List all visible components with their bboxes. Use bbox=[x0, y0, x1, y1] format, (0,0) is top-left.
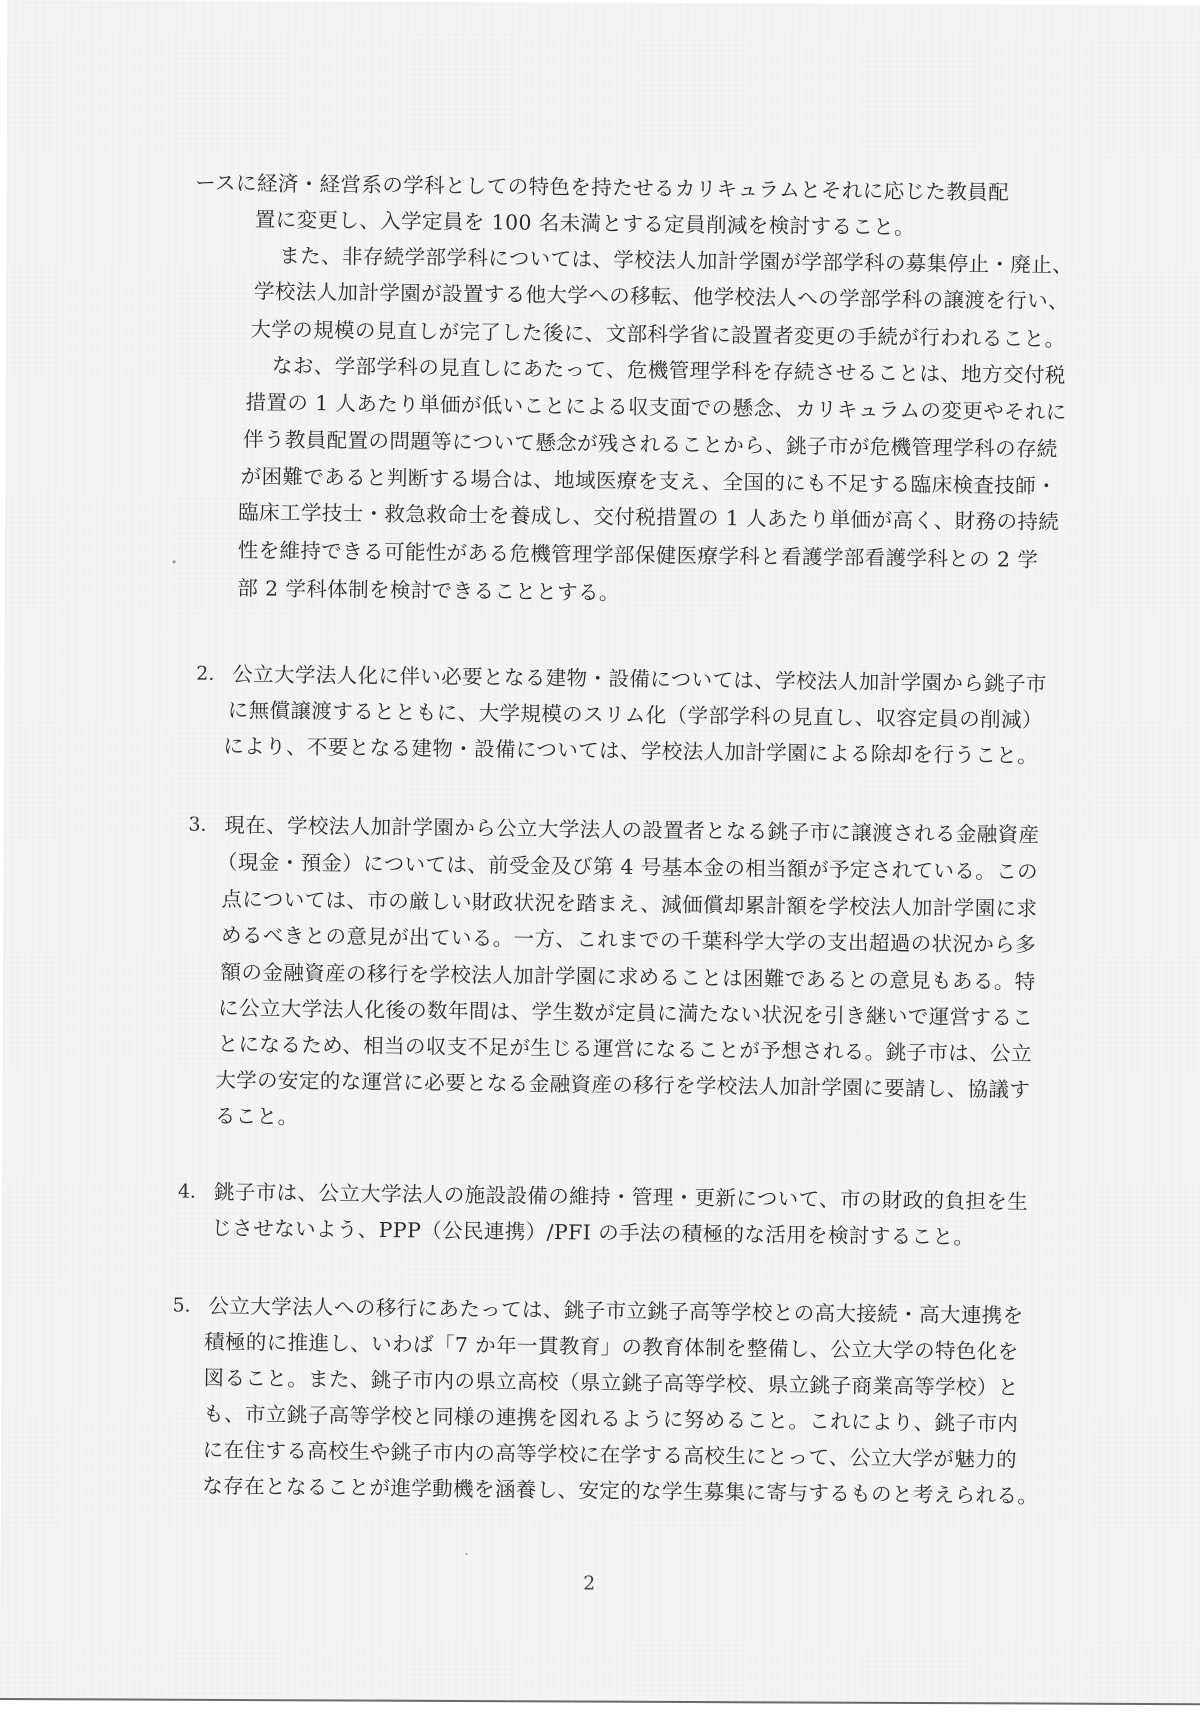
text-line: 伴う教員配置の問題等について懸念が残されることから、銚子市が危機管理学科の存続 bbox=[243, 425, 1058, 463]
text-line: ースに経済・経営系の学科としての特色を持たせるカリキュラムとそれに応じた教員配 bbox=[195, 169, 1009, 207]
scan-speck bbox=[173, 560, 176, 563]
item-number: 3. bbox=[188, 811, 206, 839]
text-line: に在住する高校生や銚子市内の高等学校に在学する高校生にとって、公立大学が魅力的 bbox=[203, 1436, 1018, 1474]
text-line: ること。 bbox=[215, 1102, 299, 1131]
text-line: 積極的に推進し、いわば「7 か年一貫教育」の教育体制を整備し、公立大学の特色化を bbox=[204, 1328, 1019, 1366]
item-number: 2. bbox=[196, 660, 214, 688]
text-line: な存在となることが進学動機を涵養し、安定的な学生募集に寄与するものと考えられる。 bbox=[202, 1472, 1038, 1510]
text-line: とになるため、相当の収支不足が生じる運営になることが予想される。銚子市は、公立 bbox=[218, 1030, 1033, 1068]
scanned-page: ースに経済・経営系の学科としての特色を持たせるカリキュラムとそれに応じた教員配 … bbox=[0, 0, 1200, 1705]
item-number: 4. bbox=[178, 1177, 196, 1205]
text-line: 点については、市の厳しい財政状況を踏まえ、減価償却累計額を学校法人加計学園に求 bbox=[221, 885, 1037, 923]
text-line: （現金・預金）については、前受金及び第 4 号基本金の相当額が予定されている。こ… bbox=[217, 848, 1038, 886]
text-line: 置に変更し、入学定員を 100 名未満とする定員削減を検討すること。 bbox=[255, 205, 916, 241]
text-line: また、非存続学部学科については、学校法人加計学園が学部学科の募集停止・廃止、 bbox=[279, 242, 1073, 280]
text-line: 臨床工学技士・救急救命士を養成し、交付税措置の 1 人あたり単価が高く、財務の持… bbox=[238, 498, 1059, 536]
text-line: 銚子市は、公立大学法人の施設設備の維持・管理・更新について、市の財政的負担を生 bbox=[214, 1178, 1029, 1216]
scan-speck bbox=[465, 1553, 467, 1555]
text-line: 部 2 学科体制を検討できることとする。 bbox=[237, 574, 620, 607]
page-content: ースに経済・経営系の学科としての特色を持たせるカリキュラムとそれに応じた教員配 … bbox=[15, 0, 1200, 10]
text-line: 額の金融資産の移行を学校法人加計学園に求めることは困難であるとの意見もある。特 bbox=[220, 958, 1035, 996]
text-line: 大学の規模の見直しが完了した後に、文部科学省に設置者変更の手続が行われること。 bbox=[250, 315, 1065, 353]
text-line: 性を維持できる可能性がある危機管理学部保健医療学科と看護学部看護学科との 2 学 bbox=[238, 536, 1039, 574]
text-line: 現在、学校法人加計学園から公立大学法人の設置者となる銚子市に譲渡される金融資産 bbox=[224, 811, 1039, 849]
text-line: に公立大学法人化後の数年間は、学生数が定員に満たない状況を引き継いで運営するこ bbox=[218, 994, 1033, 1032]
text-line: が困難であると判断する場合は、地域医療を支え、全国的にも不足する臨床検査技師・ bbox=[240, 462, 1057, 500]
text-line: 措置の 1 人あたり単価が低いことによる収支面での懸念、カリキュラムの変更やそれ… bbox=[245, 388, 1067, 426]
text-line: 公立大学法人への移行にあたっては、銚子市立銚子高等学校との高大接続・高大連携を bbox=[208, 1292, 1023, 1330]
item-number: 5. bbox=[172, 1291, 190, 1319]
text-line: 公立大学法人化に伴い必要となる建物・設備については、学校法人加計学園から銚子市 bbox=[232, 660, 1047, 698]
page-number: 2 bbox=[583, 1572, 595, 1594]
text-line: 学校法人加計学園が設置する他大学への移転、他学校法人への学部学科の譲渡を行い、 bbox=[254, 277, 1069, 315]
text-line: に無償譲渡するとともに、大学規模のスリム化（学部学科の見直し、収容定員の削減） bbox=[228, 696, 1043, 734]
text-line: 大学の安定的な運営に必要となる金融資産の移行を学校法人加計学園に要請し、協議す bbox=[215, 1066, 1030, 1104]
text-line: じさせないよう、PPP（公民連携）/PFI の手法の積極的な活用を検討すること。 bbox=[211, 1214, 974, 1251]
text-line: なお、学部学科の見直しにあたって、危機管理学科を存続させることは、地方交付税 bbox=[272, 352, 1066, 390]
text-line: により、不要となる建物・設備については、学校法人加計学園による除却を行うこと。 bbox=[223, 732, 1038, 770]
text-line: 図ること。また、銚子市内の県立高校（県立銚子高等学校、県立銚子商業高等学校）と bbox=[203, 1364, 1018, 1402]
text-line: も、市立銚子高等学校と同様の連携を図れるように努めること。これにより、銚子市内 bbox=[203, 1400, 1018, 1438]
text-line: めるべきとの意見が出ている。一方、これまでの千葉科学大学の支出超過の状況から多 bbox=[221, 921, 1036, 959]
